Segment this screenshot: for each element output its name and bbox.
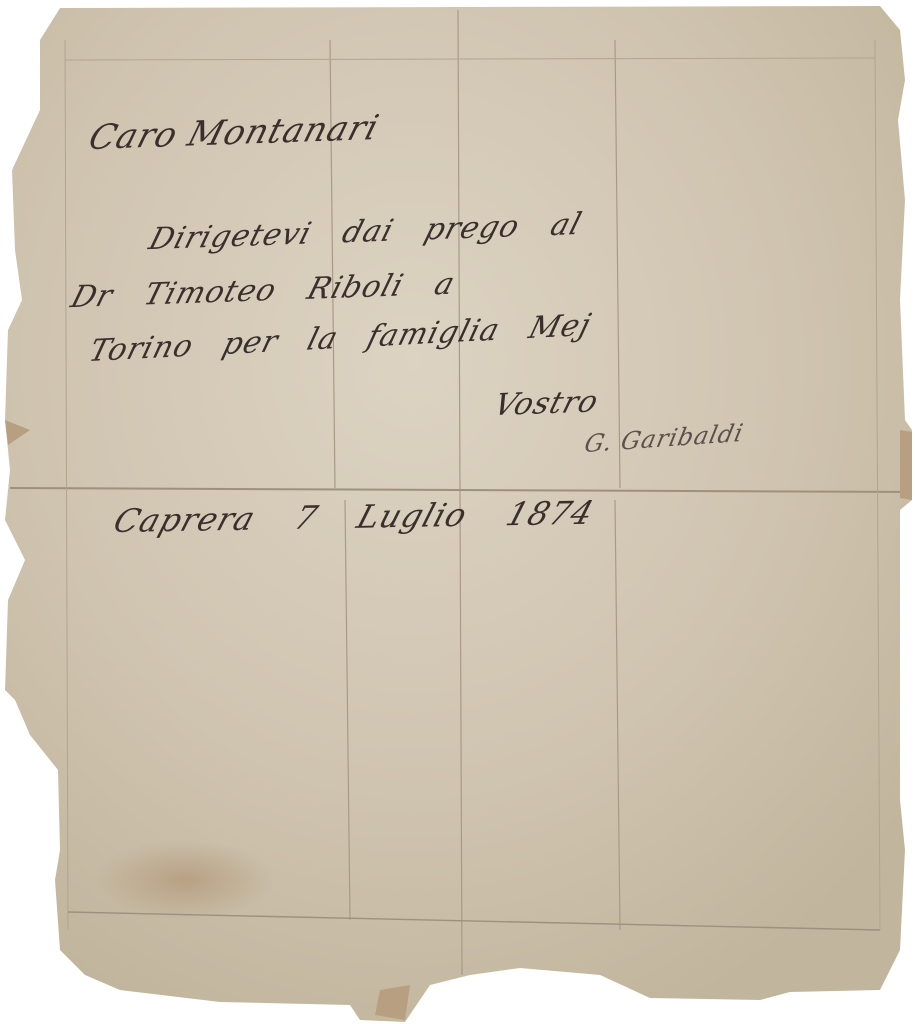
closing: Vostro [490, 384, 603, 423]
